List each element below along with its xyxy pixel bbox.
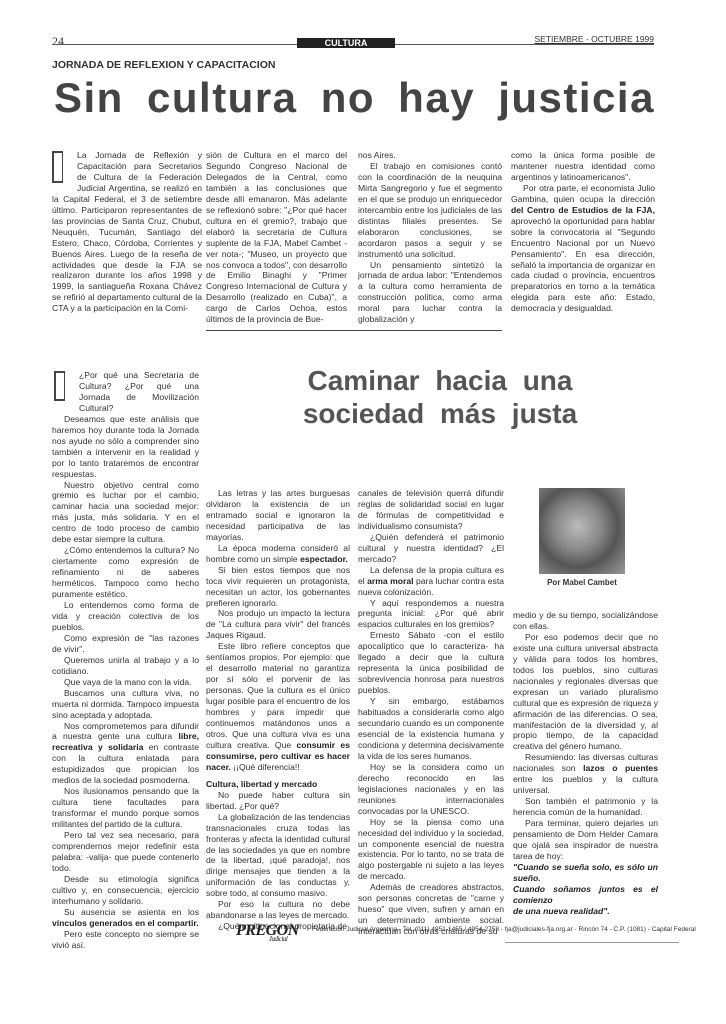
article1-col1: La Jornada de Reflexión y Capacitación p… [52,150,202,314]
pregon-logo: PREGONJudicial [236,922,287,943]
page-number: 24 [52,34,64,49]
article2-headline: Caminar hacia una sociedad más justa [250,364,630,430]
article1-col2: sión de Cultura en el marco del Segundo … [206,150,347,325]
issue-date: SETIEMBRE - OCTUBRE 1999 [534,34,654,44]
article2-col2: Las letras y las artes burguesas olvidar… [206,488,350,932]
article2-col4: medio y de su tiempo, socializándose con… [513,610,658,917]
section-label: CULTURA [297,38,395,48]
photo-caption: Por Mabel Cambet [530,578,634,587]
article1-col3: nos Aires. El trabajo en comisiones cont… [358,150,502,325]
article1-kicker: JORNADA DE REFLEXION Y CAPACITACION [52,59,275,71]
article2-col1: ¿Por qué una Secretaría de Cultura? ¿Por… [52,370,199,951]
article1-headline: Sin cultura no hay justicia [54,74,655,122]
article-divider [206,330,502,331]
author-photo [539,488,625,574]
article2-col3: canales de televisión querrá difundir re… [358,488,504,937]
subheading: Cultura, libertad y mercado [206,779,350,790]
dropcap-icon [52,151,63,183]
article1-col4: como la única forma posible de mantener … [511,150,655,314]
footer-rule [505,942,679,943]
footer-contact: Federación Judicial Argentina - Tel. (01… [312,926,696,933]
dropcap-icon [54,371,65,401]
